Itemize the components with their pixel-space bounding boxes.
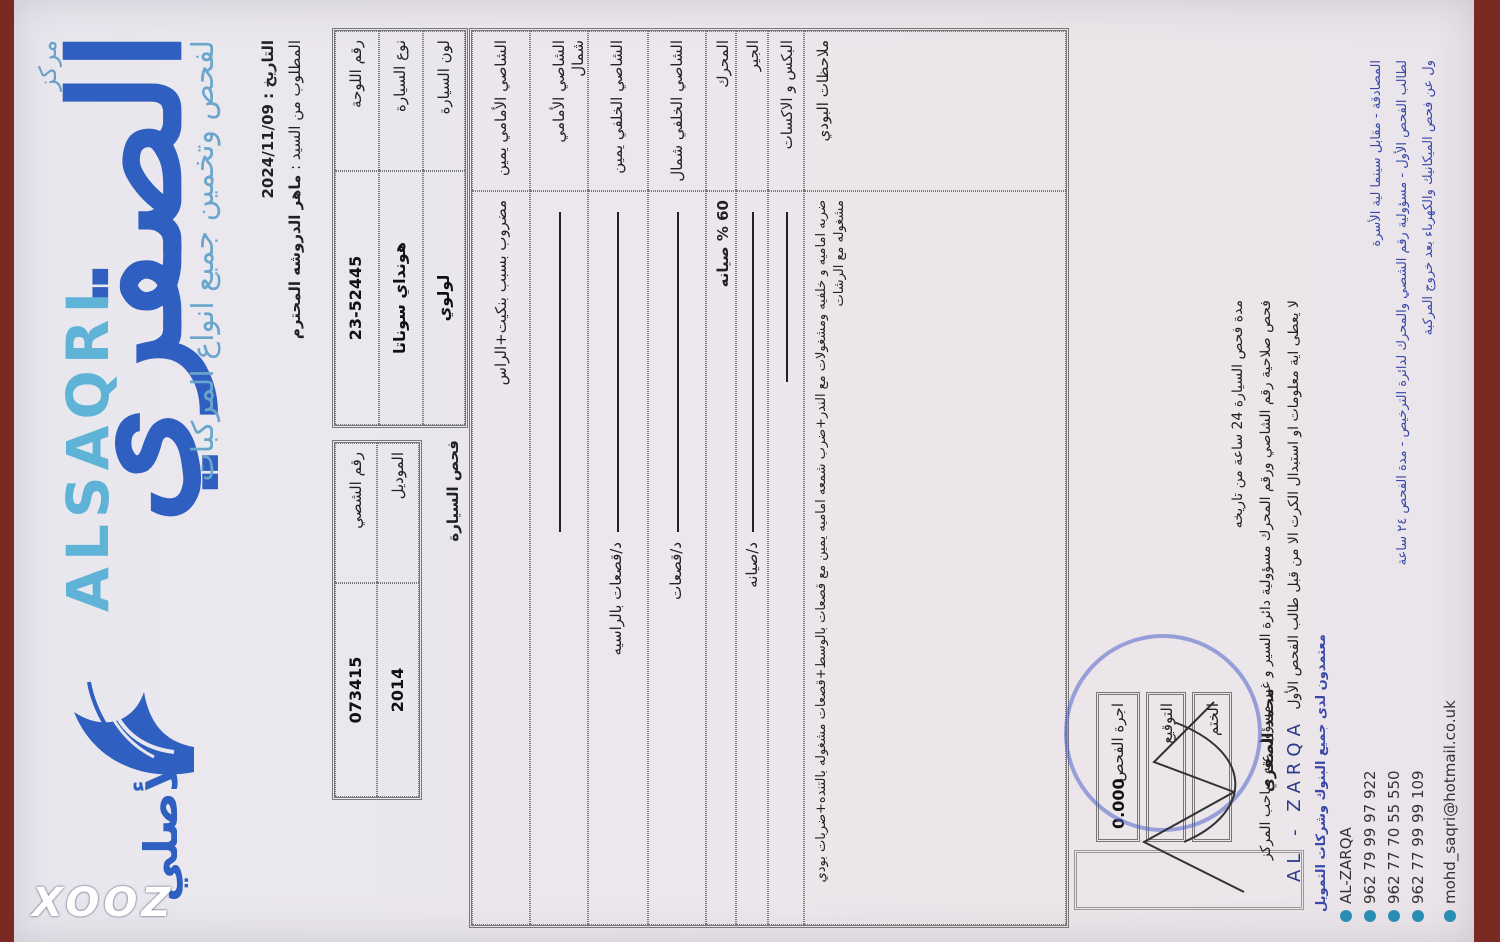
front-left-chassis-label: الشاصي الأمامي شمال <box>550 40 587 143</box>
car-color-label: لون السيارة <box>435 40 453 114</box>
engine-label: المحرك <box>714 40 732 88</box>
chassis-value: 073415 <box>346 657 365 724</box>
car-type-label: نوع السيارة <box>391 40 409 112</box>
contacts-block: AL-ZARQA 962 79 99 97 922 962 77 70 55 5… <box>1334 700 1462 922</box>
note-line: لا يعطى اية معلومات او استبدال الكرت الا… <box>1280 300 1308 860</box>
requester-label: المطلوب من السيد : <box>286 40 304 170</box>
body-notes-label: ملاحظات البودي <box>814 40 832 141</box>
contact-city: AL-ZARQA <box>1334 700 1358 922</box>
form-sheet: مركز الصقري لفحص وتخمين جميع انواع المرك… <box>14 0 1474 942</box>
car-type-value: هونداي سوناتا <box>390 242 409 354</box>
gearbox-label: الجير <box>744 40 762 71</box>
blue-note-line: ول عن فحص الميكانيك والكهرباء بعد خروج ا… <box>1416 60 1442 780</box>
chassis-model-box: رقم الشصي 073415 الموديل 2014 <box>332 440 422 800</box>
blue-terms: المصادقة - مقابل سينما لية الأسرة لطالب … <box>1364 60 1442 780</box>
note-line: فحص صلاحية رقم الشاصي ورقم المحرك مسؤولي… <box>1252 300 1280 860</box>
model-value: 2014 <box>388 668 407 713</box>
contact-phone: 962 77 99 99 109 <box>1406 700 1430 922</box>
front-right-chassis-label: الشاصي الأمامي يمين <box>492 40 510 176</box>
plate-label: رقم اللوحة <box>347 40 365 108</box>
phone-icon <box>1364 910 1376 922</box>
rear-right-chassis-value: د/قصعات بالراسيه <box>607 542 625 656</box>
front-right-chassis-value: مضروب بسبب بنكيت+الراس <box>492 200 510 385</box>
contact-phone: 962 79 99 97 922 <box>1358 700 1382 922</box>
gearbox-value: د/صيانه <box>743 542 761 588</box>
plate-value: 23-52445 <box>346 256 365 341</box>
note-line: مدة فحص السيارة 24 ساعة من تاريخه <box>1224 300 1252 860</box>
accredited-note: معتمدون لدى جميع البنوك وشركات التمويل <box>1314 634 1329 912</box>
contact-email[interactable]: mohd_saqri@hotmail.co.uk <box>1438 700 1462 922</box>
rear-right-chassis-label: الشاصي الخلفي يمين <box>608 40 626 174</box>
phone-icon <box>1388 910 1400 922</box>
rear-left-chassis-cell: د/قصعات <box>648 191 706 925</box>
date-value: 2024/11/09 <box>259 104 277 198</box>
date-label: التاريخ : <box>259 40 277 99</box>
brand-english: ALSAQRI <box>54 286 122 612</box>
body-notes-value: ضربه اماميه و خلفيه ومشغولات مع الندر+ضر… <box>814 200 847 882</box>
phone-icon <box>1412 910 1424 922</box>
engine-value: 60 % صيانه <box>714 200 732 287</box>
model-label: الموديل <box>389 452 407 499</box>
inspection-table: الشاصي الأمامي يمين مضروب بسبب بنكيت+الر… <box>469 28 1069 928</box>
gearbox-cell: د/صيانه <box>736 191 768 925</box>
eagle-logo-icon <box>54 672 204 792</box>
rear-right-chassis-cell: د/قصعات بالراسيه <box>588 191 648 925</box>
inspection-form-paper: مركز الصقري لفحص وتخمين جميع انواع المرك… <box>14 0 1474 942</box>
blue-note-line: المصادقة - مقابل سينما لية الأسرة <box>1364 60 1390 780</box>
axles-value <box>768 191 804 925</box>
brand-tagline: لفحص وتخمين جميع انواع المركبات <box>186 40 221 481</box>
car-color-value: لولوي <box>434 275 453 322</box>
vehicle-info-box: رقم اللوحة 23-52445 نوع السيارة هونداي س… <box>332 28 468 428</box>
inspection-title: فحص السيارة <box>444 440 462 542</box>
date-row: التاريخ : 2024/11/09 <box>259 40 277 199</box>
rear-left-chassis-value: د/قصعات <box>667 542 685 600</box>
contact-phone: 962 77 70 55 550 <box>1382 700 1406 922</box>
chassis-label: رقم الشصي <box>347 452 365 529</box>
axles-label: البكس و الاكسات <box>778 40 796 149</box>
terms-notes: مدة فحص السيارة 24 ساعة من تاريخه فحص صل… <box>1224 300 1308 860</box>
rear-left-chassis-label: الشاصي الخلفي شمال <box>668 40 686 182</box>
xooz-watermark-logo: XOOZ <box>32 880 174 926</box>
requester-value: ماهر الدروشه المحترم <box>286 175 304 339</box>
email-icon <box>1444 910 1456 922</box>
requester-row: المطلوب من السيد : ماهر الدروشه المحترم <box>286 40 304 339</box>
front-left-chassis-value <box>530 191 588 925</box>
location-icon <box>1340 910 1352 922</box>
blue-note-line: لطالب الفحص الأول - مسؤولية رقم الشصي وا… <box>1390 60 1416 780</box>
